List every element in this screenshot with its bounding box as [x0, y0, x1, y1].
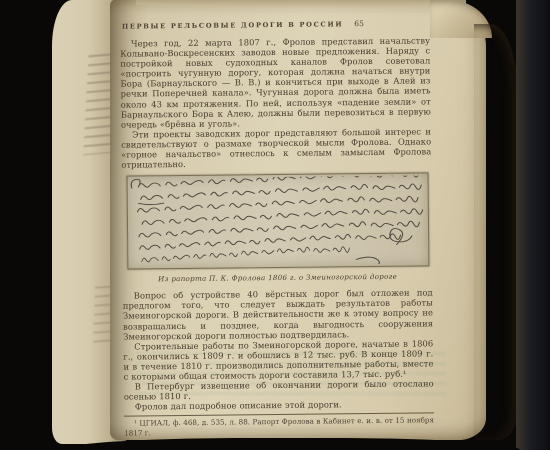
page-number: 65 [354, 19, 364, 28]
paragraph: Фролов дал подробное описание этой дорог… [124, 399, 434, 412]
page-header: ПЕРВЫЕ РЕЛЬСОВЫЕ ДОРОГИ В РОССИИ 65 [122, 18, 430, 30]
handwritten-facsimile [126, 173, 429, 270]
paragraph: Строительные работы по Змеиногорской дор… [123, 338, 433, 382]
paragraph: Эти проекты заводских дорог представляют… [121, 126, 431, 170]
facsimile-caption: Из рапорта П. К. Фролова 1806 г. о Змеин… [123, 272, 433, 284]
bottom-shadow [60, 438, 520, 450]
book-page: ПЕРВЫЕ РЕЛЬСОВЫЕ ДОРОГИ В РОССИИ 65 Чере… [110, 0, 486, 440]
book-cover-edge [516, 0, 550, 450]
fore-edge-pages [474, 24, 518, 440]
page-top-edge [136, 0, 466, 7]
paragraph: Вопрос об устройстве 40 вёрстных дорог б… [123, 288, 434, 342]
paragraph: Через год, 22 марта 1807 г., Фролов пред… [120, 35, 431, 129]
open-book-photo: ПЕРВЫЕ РЕЛЬСОВЫЕ ДОРОГИ В РОССИИ 65 Чере… [0, 0, 550, 450]
page-content: ПЕРВЫЕ РЕЛЬСОВЫЕ ДОРОГИ В РОССИИ 65 Чере… [120, 18, 434, 429]
footnote: ¹ ЦГИАЛ, ф. 468, д. 535, л. 88. Рапорт Ф… [124, 416, 434, 438]
handwriting-strokes [130, 176, 427, 267]
running-head: ПЕРВЫЕ РЕЛЬСОВЫЕ ДОРОГИ В РОССИИ [122, 20, 343, 30]
